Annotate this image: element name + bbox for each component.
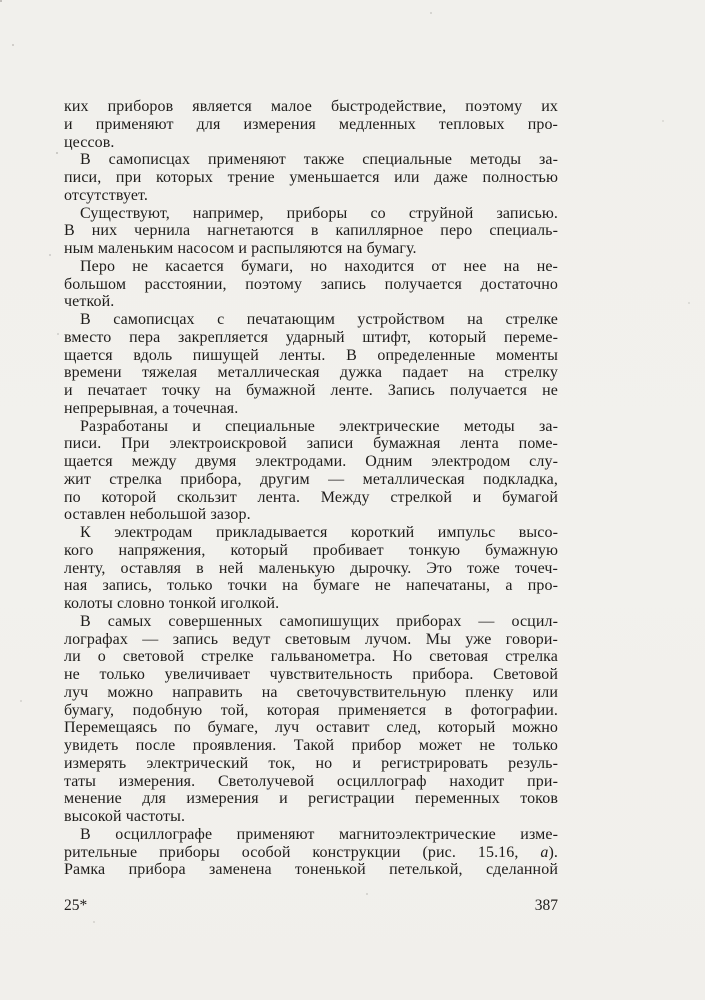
paragraph: В самописцах применяют также специальные… (64, 151, 558, 204)
text-line: таты измерения. Светолучевой осциллограф… (64, 773, 558, 791)
text-line: писи. При электроискровой записи бумажна… (64, 435, 558, 453)
text-line: жит стрелка прибора, другим — металличес… (64, 471, 558, 489)
text-line: высокой частоты. (64, 808, 558, 826)
text-line: оставлен небольшой зазор. (64, 506, 558, 524)
text-line: кого напряжения, который пробивает тонку… (64, 542, 558, 560)
text-line: В них чернила нагнетаются в капиллярное … (64, 222, 558, 240)
text-line: не только увеличивает чувствительность п… (64, 666, 558, 684)
text-line: ли о световой стрелке гальванометра. Но … (64, 648, 558, 666)
text-line: по которой скользит лента. Между стрелко… (64, 489, 558, 507)
paragraph: Существуют, например, приборы со струйно… (64, 205, 558, 258)
text-line: ленту, оставляя в ней маленькую дырочку.… (64, 560, 558, 578)
text-line: большом расстоянии, поэтому запись получ… (64, 276, 558, 294)
text-line: Рамка прибора заменена тоненькой петельк… (64, 861, 558, 879)
text-line: Перемещаясь по бумаге, луч оставит след,… (64, 719, 558, 737)
text-line: Перо не касается бумаги, но находится от… (64, 258, 558, 276)
text-line: писи, при которых трение уменьшается или… (64, 169, 558, 187)
text-line: щается вдоль пишущей ленты. В определенн… (64, 347, 558, 365)
text-line: и применяют для измерения медленных тепл… (64, 116, 558, 134)
text-line: отсутствует. (64, 187, 558, 205)
text-line: ным маленьким насосом и распыляются на б… (64, 240, 558, 258)
text-line: лографах — запись ведут световым лучом. … (64, 631, 558, 649)
text-line: К электродам прикладывается короткий имп… (64, 524, 558, 542)
paragraph: В самых совершенных самопишущих приборах… (64, 613, 558, 826)
text-line: В самописцах применяют также специальные… (64, 151, 558, 169)
text-line: колоты словно тонкой иголкой. (64, 595, 558, 613)
text-line: времени тяжелая металлическая дужка пада… (64, 364, 558, 382)
text-line: рительные приборы особой конструкции (ри… (64, 844, 558, 862)
text-line: бумагу, подобную той, которая применяетс… (64, 702, 558, 720)
paragraph: ких приборов является малое быстродейств… (64, 98, 558, 151)
page-number: 387 (535, 897, 558, 915)
paragraph: В самописцах с печатающим устройством на… (64, 311, 558, 418)
text-line: щается между двумя электродами. Одним эл… (64, 453, 558, 471)
text-line: ких приборов является малое быстродейств… (64, 98, 558, 116)
text-run: рительные приборы особой конструкции (ри… (64, 844, 540, 861)
page-footer: 25* 387 (64, 897, 558, 915)
text-line: непрерывная, а точечная. (64, 400, 558, 418)
text-line: Разработаны и специальные электрические … (64, 418, 558, 436)
text-line: В самых совершенных самопишущих приборах… (64, 613, 558, 631)
text-line: Существуют, например, приборы со струйно… (64, 205, 558, 223)
text-line: менение для измерения и регистрации пере… (64, 790, 558, 808)
signature-mark: 25* (64, 897, 87, 915)
text-line: ная запись, только точки на бумаге не на… (64, 577, 558, 595)
text-block: ких приборов является малое быстродейств… (64, 98, 558, 879)
text-line: четкой. (64, 293, 558, 311)
text-line: цессов. (64, 134, 558, 152)
paragraph: Разработаны и специальные электрические … (64, 418, 558, 525)
text-line: луч можно направить на светочувствительн… (64, 684, 558, 702)
paragraph: Перо не касается бумаги, но находится от… (64, 258, 558, 311)
text-line: и печатает точку на бумажной ленте. Запи… (64, 382, 558, 400)
text-line: увидеть после проявления. Такой прибор м… (64, 737, 558, 755)
paragraph: К электродам прикладывается короткий имп… (64, 524, 558, 613)
text-line: вместо пера закрепляется ударный штифт, … (64, 329, 558, 347)
paragraph: В осциллографе применяют магнитоэлектрич… (64, 826, 558, 879)
book-page: ких приборов является малое быстродейств… (0, 0, 705, 1000)
text-line: В самописцах с печатающим устройством на… (64, 311, 558, 329)
text-line: измерять электрический ток, но и регистр… (64, 755, 558, 773)
text-run: ). (548, 844, 558, 861)
text-line: В осциллографе применяют магнитоэлектрич… (64, 826, 558, 844)
